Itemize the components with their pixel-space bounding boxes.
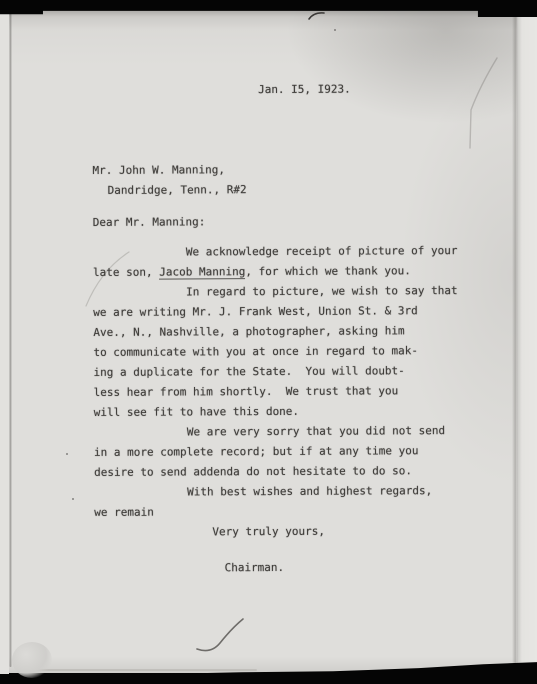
letter-line: we are writing Mr. J. Frank West, Union … (93, 301, 453, 323)
ink-speck (334, 29, 336, 31)
closing: Very truly yours, (212, 521, 454, 542)
adjacent-sheet-edge (517, 14, 537, 664)
letter-line: With best wishes and highest regards, (187, 481, 454, 502)
letter-line: desire to send addenda do not hesitate t… (94, 461, 454, 483)
salutation: Dear Mr. Manning: (93, 211, 453, 233)
paper-bottom-edge-shadow (22, 669, 257, 671)
letter-line: will see fit to have this done. (94, 401, 454, 423)
letter-line: Ave., N., Nashville, a photographer, ask… (93, 321, 453, 343)
letter-text: Jan. I5, I923. Mr. John W. Manning, Dand… (92, 79, 455, 579)
letter-line: we remain (94, 501, 454, 523)
paper-right-seam (512, 16, 518, 664)
letter-line: less hear from him shortly. We trust tha… (94, 381, 454, 403)
letter-date: Jan. I5, I923. (258, 79, 452, 100)
recipient-address: Dandridge, Tenn., R#2 (108, 179, 453, 201)
letter-line: We are very sorry that you did not send (187, 421, 454, 442)
letter-body: We acknowledge receipt of picture of you… (93, 241, 454, 523)
ink-speck (66, 453, 68, 455)
curled-corner-bottom-left (12, 642, 52, 678)
ink-speck (72, 498, 74, 500)
scanned-letter-page: { "document": { "kind": "typewritten-let… (0, 0, 537, 684)
letter-line: late son, Jacob Manning, for which we th… (93, 261, 453, 283)
signature-title: Chairman. (225, 557, 455, 578)
paper-fold-crease (9, 12, 12, 667)
recipient-name: Mr. John W. Manning, (92, 159, 452, 181)
letter-line: We acknowledge receipt of picture of you… (186, 241, 453, 262)
paper-left-edge (0, 12, 9, 674)
letter-line: ing a duplicate for the State. You will … (93, 361, 453, 383)
letter-line: In regard to picture, we wish to say tha… (186, 281, 453, 302)
letter-line: to communicate with you at once in regar… (93, 341, 453, 363)
underlined-name: Jacob Manning (159, 265, 245, 279)
letter-line: in a more complete record; but if at any… (94, 441, 454, 463)
